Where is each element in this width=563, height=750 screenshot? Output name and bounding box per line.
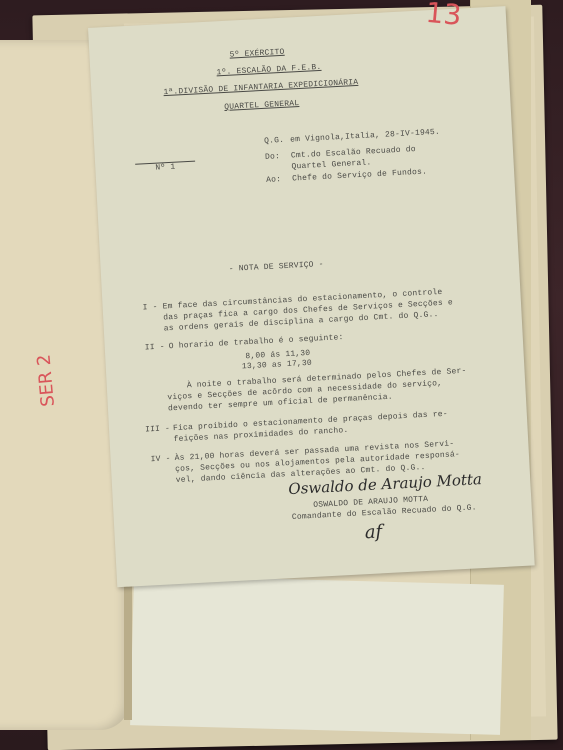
header-echelon: 1º. ESCALÃO DA F.E.B. [216, 63, 321, 77]
document-title: - NOTA DE SERVIÇO - [229, 260, 324, 274]
item-number: IV - [150, 454, 170, 464]
from-line1: Cmt.do Escalão Recuado do [291, 145, 416, 161]
item-number: II - [145, 342, 165, 352]
header-army: 5º EXÉRCITO [229, 48, 284, 60]
blank-sheet [130, 575, 504, 735]
place-label: Q.G. [264, 136, 284, 146]
document-number: Nº 1 [135, 161, 195, 174]
from-label: Do: [265, 152, 280, 162]
typewritten-document: 13 5º EXÉRCITO 1º. ESCALÃO DA F.E.B. 1ª.… [88, 6, 535, 587]
item-number: I - [142, 303, 157, 313]
item-text: O horario de trabalho é o seguinte: [169, 333, 344, 351]
place-date: em Vignola,Italia, 28-IV-1945. [290, 128, 440, 145]
from-line2: Quartel General. [291, 158, 371, 171]
initials: af [364, 521, 382, 543]
margin-annotation: SER 2 [33, 353, 58, 407]
header-hq: QUARTEL GENERAL [224, 99, 299, 112]
header-division: 1ª.DIVISÃO DE INFANTARIA EXPEDICIONÁRIA [163, 78, 358, 97]
item-number: III - [145, 424, 170, 434]
page-number-annotation: 13 [424, 0, 462, 32]
to-label: Ao: [266, 175, 281, 185]
